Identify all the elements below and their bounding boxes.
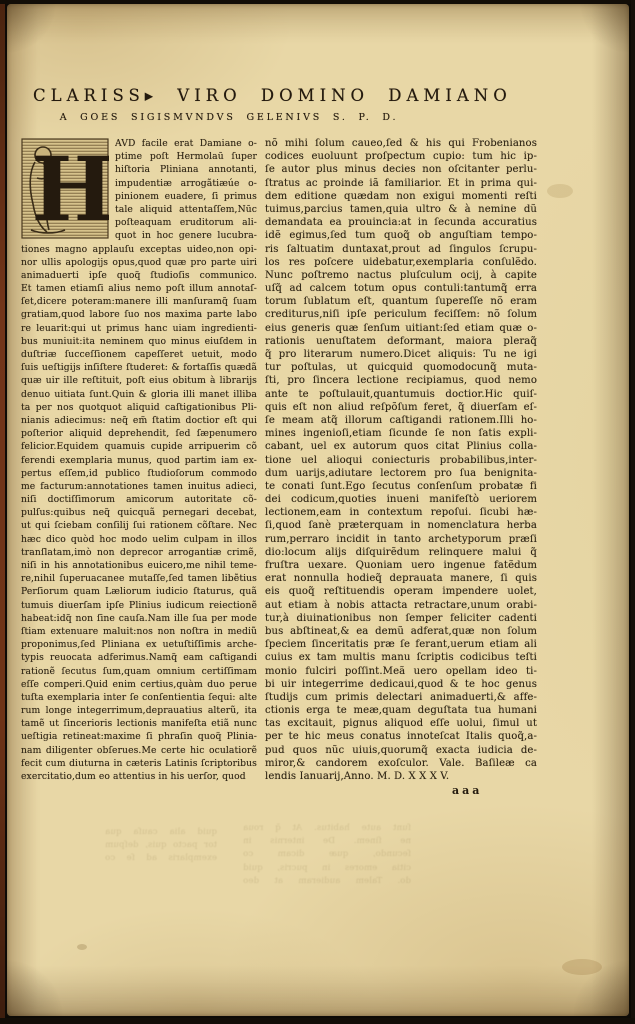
text-line: dum uarijs,adiutare lectorem pro ſua ben…: [265, 467, 537, 480]
text-line: felicior.Equidem quamuis cupide arripuer…: [21, 440, 257, 453]
text-line: ſi,quod ſanè præterquam in nomenclatura …: [265, 519, 537, 532]
text-line: ne ſinem. De internis in: [243, 835, 411, 848]
text-line: tamẽ ut ſincerioris lectionis manifeſta …: [21, 717, 257, 730]
text-line: rationẽ ſecutus ſum,quam omnium certiſſi…: [21, 665, 257, 678]
text-line: nõ mihi ſolum caueo,ſed & his qui Froben…: [265, 137, 537, 150]
text-line: hiſtoria Pliniana annotanti,: [115, 163, 257, 176]
text-line: tur,à diuinationibus non ſemper felicite…: [265, 612, 537, 625]
text-line: tranſlatam,imò non deprecor arrogantiæ c…: [21, 546, 257, 559]
text-line: ante te poſtulauit,quantumuis doctior.Hi…: [265, 388, 537, 401]
text-line: per te hic meus conatus innoteſcat Itali…: [265, 730, 537, 743]
text-line: re leuarit:qui ut primus hanc uiam ingre…: [21, 322, 257, 335]
woodcut-initial-icon: H: [21, 138, 109, 239]
text-line: impudentiæ arrogãtiæúe o-: [115, 177, 257, 190]
text-line: proponimus,ſed Pliniana ex uetuſtiſſimis…: [21, 638, 257, 651]
text-line: pinionem euadere, ſi primus: [115, 190, 257, 203]
text-line: rum longe integerrimum,deprauatius alter…: [21, 704, 257, 717]
text-line: monio fulciri poſſint.Meã uero opellam i…: [265, 665, 537, 678]
show-through-text-block: quid alia cauſa quator pacto quis, deſpu…: [105, 826, 217, 866]
page-edge-bottom: [0, 1018, 635, 1024]
parchment-stain: [547, 184, 573, 198]
text-line: dei codicum,quoties inueni manifeſtò uer…: [265, 493, 537, 506]
text-line: quis eſt non aliud reſpõſum feret, q̃ di…: [265, 401, 537, 414]
text-line: eſſe comperi.Quid enim certius,quàm duo …: [21, 678, 257, 691]
page-edge-right: [631, 0, 635, 1024]
text-line: lectionem,eam in contextum repoſui. ſicu…: [265, 506, 537, 519]
text-line: ſunt aute habitus. At q̃ roua: [243, 822, 411, 835]
text-line: Perſiorum quam Læliorum iudicio ſtaturus…: [21, 585, 257, 598]
page-edge-left: [0, 0, 5, 1024]
text-line: tuſta exemplaria inter ſe conſentientia …: [21, 691, 257, 704]
text-line: rationis uenuſtatem deformant, maiora pl…: [265, 335, 537, 348]
text-line: duſtriæ ſucceſſionem capeſſeret uetuit, …: [21, 348, 257, 361]
text-line: citia emores in pucris, quid: [243, 862, 411, 875]
text-line: nor ullis apologijs opus,quod quæ pro pa…: [21, 256, 257, 269]
book-photo-frame: CLARISS▸ VIRO DOMINO DAMIANO A GOES SIGI…: [0, 0, 635, 1024]
text-line: ris ſaltuatim duntaxat,prout ad ſingulos…: [265, 243, 537, 256]
text-line: tale aliquid attentaſſem,Nūc: [115, 203, 257, 216]
text-line: tiones magno applauſu exceptas uideo,non…: [21, 243, 257, 256]
page-title: CLARISS▸ VIRO DOMINO DAMIANO: [33, 86, 425, 105]
text-line: fruſtra uexare. Quoniam uero ingenue fat…: [265, 559, 537, 572]
text-line: torum ſublatum eſt, quantum ſupereſſe nõ…: [265, 295, 537, 308]
text-line: poſteaquam eruditorum ali-: [115, 216, 257, 229]
text-line: nianis adiecimus: neq̃ em̃ ſtatim doctio…: [21, 414, 257, 427]
page-subtitle: A GOES SIGISMVNDVS GELENIVS S. P. D.: [33, 112, 425, 123]
text-line: exemplaris ad ſe co: [105, 852, 217, 865]
text-line: ptime poſt Hermolaū ſuper: [115, 150, 257, 163]
text-line: pud quos nũc uiuis,quorumq̃ exacta iudic…: [265, 744, 537, 757]
text-line: erat nonnulla hodieq̃ deprauata manere, …: [265, 572, 537, 585]
svg-text:H: H: [31, 138, 109, 239]
text-line: hæc dico quòd hoc modo uelim culpam in i…: [21, 533, 257, 546]
parchment-stain: [77, 944, 87, 950]
show-through-text-block: ſunt aute habitus. At q̃ rouane ſinem. D…: [243, 822, 411, 888]
text-line: ſuis ueſtigijs inſiſtere ſtuderet: & for…: [21, 361, 257, 374]
text-line: idẽ egimus,ſed tum quoq̃ ob anguſtiam te…: [265, 229, 537, 242]
text-line: bi uir integerrime dedicaui,quod & te ho…: [265, 678, 537, 691]
text-line: ſtratus ac proinde iã familiarior. Et in…: [265, 177, 537, 190]
text-line: quot in hoc genere lucubra-: [115, 229, 257, 242]
text-line: aut etiam à nobis attacta retractare,unu…: [265, 599, 537, 612]
text-line: niſi doctiſſimorum amicorum autoritate c…: [21, 493, 257, 506]
text-line: me facturum:annotationes tamen inuitus a…: [21, 480, 257, 493]
dedication-header: CLARISS▸ VIRO DOMINO DAMIANO A GOES SIGI…: [33, 86, 425, 123]
text-line: fecit cum diuturna in cæteris Latinis ſc…: [21, 757, 257, 770]
text-line: quid alia cauſa qua: [105, 826, 217, 839]
text-line: q̃ pro literarum numero.Dicet aliquis: T…: [265, 348, 537, 361]
text-line: bus abſtineat,& ea demũ adferat,quæ non …: [265, 625, 537, 638]
text-line: gratiam,quod labore ſuo nos maxima parte…: [21, 308, 257, 321]
text-line: re,nihil ſuperuacanee mutaſſe,ſed tamen …: [21, 572, 257, 585]
text-line: tione uel alioqui coniecturis probabilib…: [265, 454, 537, 467]
text-line: Nunc poſtremo nactus pluſculum ocij, à c…: [265, 269, 537, 282]
text-line: pertus eſſem,id publico ſtudioſorum comm…: [21, 467, 257, 480]
text-line: habeat:idq̃ non ſine cauſa.Nam ille ſua …: [21, 612, 257, 625]
text-line: ueſtigia retineat:maxime ſi phraſin quoq…: [21, 730, 257, 743]
text-line: ſtiam extenuare maluit:nos non noſtra in…: [21, 625, 257, 638]
text-line: typis reuocata adferimus.Namq̃ eam caſti…: [21, 651, 257, 664]
text-line: te conati ſunt.Ego ſecutus conſenſum pro…: [265, 480, 537, 493]
text-line: mines ingenioſi,etiam ſicunde ſe non ſat…: [265, 427, 537, 440]
text-line: uſq̃ ad calcem totum opus contuli:tantum…: [265, 282, 537, 295]
text-line: ſecundo, quæ dicam co: [243, 848, 411, 861]
text-line: ſti, pro ſincera lectione recipiamus, qu…: [265, 374, 537, 387]
text-line: niſi in his annotationibus euicero,me ni…: [21, 559, 257, 572]
right-text-column: nõ mihi ſolum caueo,ſed & his qui Froben…: [265, 137, 537, 783]
text-line: codices euoluunt proſpectum cupio: tum h…: [265, 150, 537, 163]
text-line: lendis Ianuarij,Anno. M. D. X X X V.: [265, 770, 537, 783]
text-line: animaduerti ipſe quoq̃ ſtudioſis communi…: [21, 269, 257, 282]
text-line: exercitatio,dum eo attentius in his uerſ…: [21, 770, 257, 783]
text-line: ctionis erga te meæ,quam deguſtata tua h…: [265, 704, 537, 717]
woodcut-initial: H: [21, 138, 109, 239]
text-line: cabant, uel ex autorum quos citat Pliniu…: [265, 440, 537, 453]
text-line: cuius ex tam multis manu ſcriptis codici…: [265, 651, 537, 664]
parchment-page: CLARISS▸ VIRO DOMINO DAMIANO A GOES SIGI…: [7, 4, 629, 1016]
text-line: denuo uitiata ſunt.Quin & gloria illi ma…: [21, 388, 257, 401]
text-line: crediturus,niſi ipſe periculum feciſſem:…: [265, 308, 537, 321]
text-line: eis quoq̃ reſtituendis operam impendere …: [265, 585, 537, 598]
text-line: tur poſtulas, ut quicquid quomodocunq̃ m…: [265, 361, 537, 374]
text-line: ta per nos quotquot aliquid caſtigationi…: [21, 401, 257, 414]
text-line: bus muniuit:ita neminem quo minus eiuſde…: [21, 335, 257, 348]
text-line: ſe meam atq̃ illorum caſtigandi rationem…: [265, 414, 537, 427]
signature-mark: aaa: [452, 784, 482, 797]
text-line: quæ uir ille reſtituit, poſt eius obitum…: [21, 374, 257, 387]
text-line: tumuis diuerſam ipſe Plinius iudicum rei…: [21, 599, 257, 612]
text-line: rum,perraro incidit in tanto archetyporu…: [265, 533, 537, 546]
text-line: eius generis quæ ſenſum uitiant:ſed etia…: [265, 322, 537, 335]
text-line: los res poſcere uidebatur,exemplaria con…: [265, 256, 537, 269]
text-line: Et tamen etiamſi alius nemo poſt illum a…: [21, 282, 257, 295]
text-line: nam diligenter obſerues.Me certe hic ocu…: [21, 744, 257, 757]
text-line: ſtudijs cum primis delectari animaduerti…: [265, 691, 537, 704]
text-line: demandata ea prouincia:at in ſecunda acc…: [265, 216, 537, 229]
text-line: dio:locum alijs diſquirẽdum relinquere m…: [265, 546, 537, 559]
text-line: AVD facile erat Damiane o-: [115, 137, 257, 150]
text-line: tor pacto quis, deſpum: [105, 839, 217, 852]
text-line: ut qui ſciebam conſilij ſui rationem cõſ…: [21, 519, 257, 532]
text-line: dem editione quædam non exigui momenti r…: [265, 190, 537, 203]
left-text-column: H AVD facile erat Damiane o-ptime poſt H…: [21, 137, 257, 783]
text-line: tas excitauit, pignus aliquod eſſe uolui…: [265, 717, 537, 730]
text-line: ferendi exemplaria munus, quod partim ia…: [21, 454, 257, 467]
text-line: do. Talem audieram at deo: [243, 875, 411, 888]
text-line: ſe autor plus minus decies non oſcitante…: [265, 163, 537, 176]
text-line: poſterior aliquid deprehendit, ſed ſæpen…: [21, 427, 257, 440]
text-line: miror,& candorem exoſculor. Vale. Baſile…: [265, 757, 537, 770]
parchment-stain: [562, 959, 602, 975]
text-line: ſet,dicere poteram:manere illi manſuramq…: [21, 295, 257, 308]
text-line: tuimus,parcius tamen,quia ultro & à nemi…: [265, 203, 537, 216]
text-line: ſpeciem ſinceritatis præ ſe ferant,uerum…: [265, 638, 537, 651]
text-line: pulſus:quibus neq̃ quicquã pernegari dec…: [21, 506, 257, 519]
